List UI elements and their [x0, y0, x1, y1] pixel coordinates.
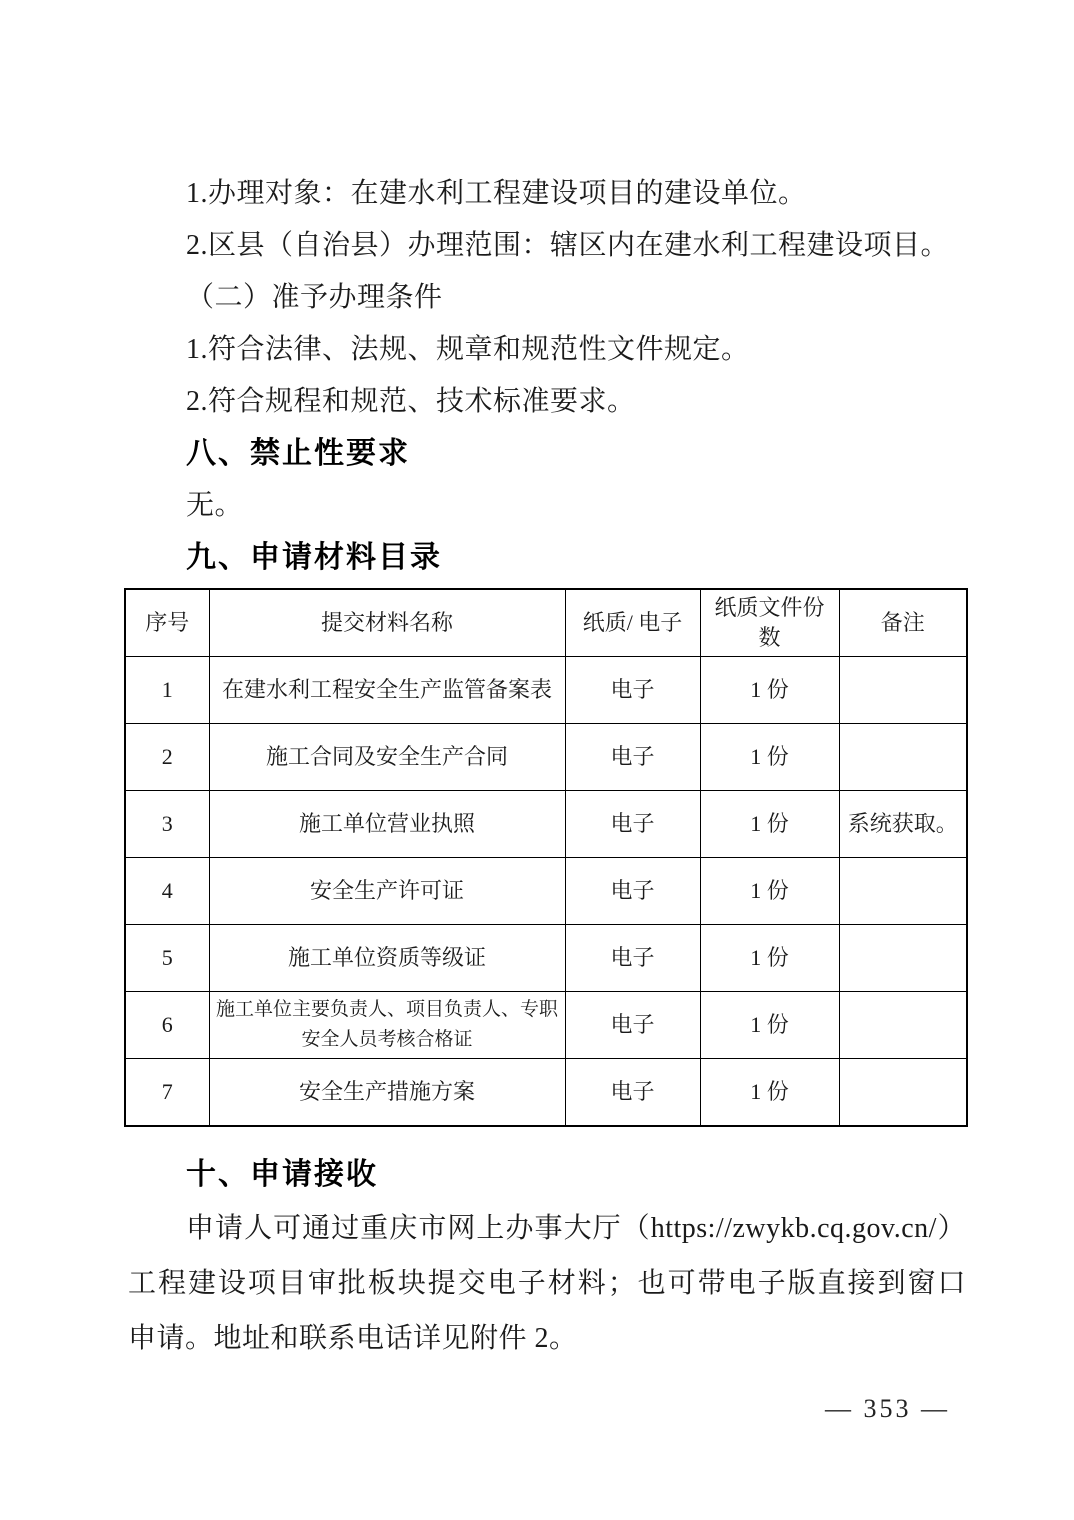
header-cell-copies: 纸质文件份数: [700, 589, 839, 657]
cell-remarks: [839, 925, 967, 992]
page-number: — 353 —: [128, 1394, 966, 1424]
cell-material-name: 在建水利工程安全生产监管备案表: [209, 657, 565, 724]
materials-table: 序号 提交材料名称 纸质/ 电子 纸质文件份数 备注 1 在建水利工程安全生产监…: [124, 588, 968, 1127]
cell-medium: 电子: [565, 791, 700, 858]
condition-line-2: 2.符合规程和规范、技术标准要求。: [128, 376, 966, 428]
header-cell-medium: 纸质/ 电子: [565, 589, 700, 657]
header-cell-material-name: 提交材料名称: [209, 589, 565, 657]
condition-line-1: 1.符合法律、法规、规章和规范性文件规定。: [128, 324, 966, 376]
table-row: 7 安全生产措施方案 电子 1 份: [125, 1059, 967, 1127]
cell-copies: 1 份: [700, 1059, 839, 1127]
header-cell-remarks: 备注: [839, 589, 967, 657]
table-row: 4 安全生产许可证 电子 1 份: [125, 858, 967, 925]
table-row: 6 施工单位主要负责人、项目负责人、专职安全人员考核合格证 电子 1 份: [125, 992, 967, 1059]
cell-material-name: 施工合同及安全生产合同: [209, 724, 565, 791]
cell-remarks: [839, 858, 967, 925]
cell-material-name: 施工单位营业执照: [209, 791, 565, 858]
table-header-row: 序号 提交材料名称 纸质/ 电子 纸质文件份数 备注: [125, 589, 967, 657]
cell-copies: 1 份: [700, 925, 839, 992]
cell-medium: 电子: [565, 925, 700, 992]
intro-subheading-conditions: （二）准予办理条件: [128, 272, 966, 324]
cell-medium: 电子: [565, 992, 700, 1059]
cell-copies: 1 份: [700, 791, 839, 858]
document-content: 1.办理对象：在建水利工程建设项目的建设单位。 2.区县（自治县）办理范围：辖区…: [0, 0, 1074, 1424]
cell-material-name: 安全生产许可证: [209, 858, 565, 925]
cell-material-name: 安全生产措施方案: [209, 1059, 565, 1127]
cell-copies: 1 份: [700, 724, 839, 791]
cell-copies: 1 份: [700, 858, 839, 925]
cell-remarks: [839, 992, 967, 1059]
cell-index: 5: [125, 925, 209, 992]
header-cell-index: 序号: [125, 589, 209, 657]
cell-material-name: 施工单位主要负责人、项目负责人、专职安全人员考核合格证: [209, 992, 565, 1059]
section-heading-materials: 九、申请材料目录: [128, 532, 966, 584]
intro-line-1: 1.办理对象：在建水利工程建设项目的建设单位。: [128, 168, 966, 220]
reception-paragraph-line-1: 申请人可通过重庆市网上办事大厅（https://zwykb.cq.gov.cn/…: [128, 1201, 966, 1256]
document-page: 1.办理对象：在建水利工程建设项目的建设单位。 2.区县（自治县）办理范围：辖区…: [0, 0, 1074, 1520]
cell-remarks: [839, 1059, 967, 1127]
cell-remarks: 系统获取。: [839, 791, 967, 858]
section-heading-reception: 十、申请接收: [128, 1149, 966, 1201]
cell-material-name: 施工单位资质等级证: [209, 925, 565, 992]
cell-medium: 电子: [565, 724, 700, 791]
cell-index: 3: [125, 791, 209, 858]
table-row: 3 施工单位营业执照 电子 1 份 系统获取。: [125, 791, 967, 858]
prohibitions-body: 无。: [128, 480, 966, 532]
section-heading-prohibitions: 八、禁止性要求: [128, 428, 966, 480]
cell-index: 6: [125, 992, 209, 1059]
cell-copies: 1 份: [700, 992, 839, 1059]
cell-medium: 电子: [565, 657, 700, 724]
cell-medium: 电子: [565, 1059, 700, 1127]
cell-remarks: [839, 724, 967, 791]
cell-index: 7: [125, 1059, 209, 1127]
table-row: 2 施工合同及安全生产合同 电子 1 份: [125, 724, 967, 791]
cell-index: 2: [125, 724, 209, 791]
cell-remarks: [839, 657, 967, 724]
cell-index: 1: [125, 657, 209, 724]
cell-medium: 电子: [565, 858, 700, 925]
table-row: 1 在建水利工程安全生产监管备案表 电子 1 份: [125, 657, 967, 724]
reception-paragraph-line-2: 工程建设项目审批板块提交电子材料；也可带电子版直接到窗口: [128, 1256, 966, 1311]
cell-copies: 1 份: [700, 657, 839, 724]
table-row: 5 施工单位资质等级证 电子 1 份: [125, 925, 967, 992]
intro-line-2: 2.区县（自治县）办理范围：辖区内在建水利工程建设项目。: [128, 220, 966, 272]
reception-paragraph-line-3: 申请。地址和联系电话详见附件 2。: [128, 1311, 966, 1366]
cell-index: 4: [125, 858, 209, 925]
